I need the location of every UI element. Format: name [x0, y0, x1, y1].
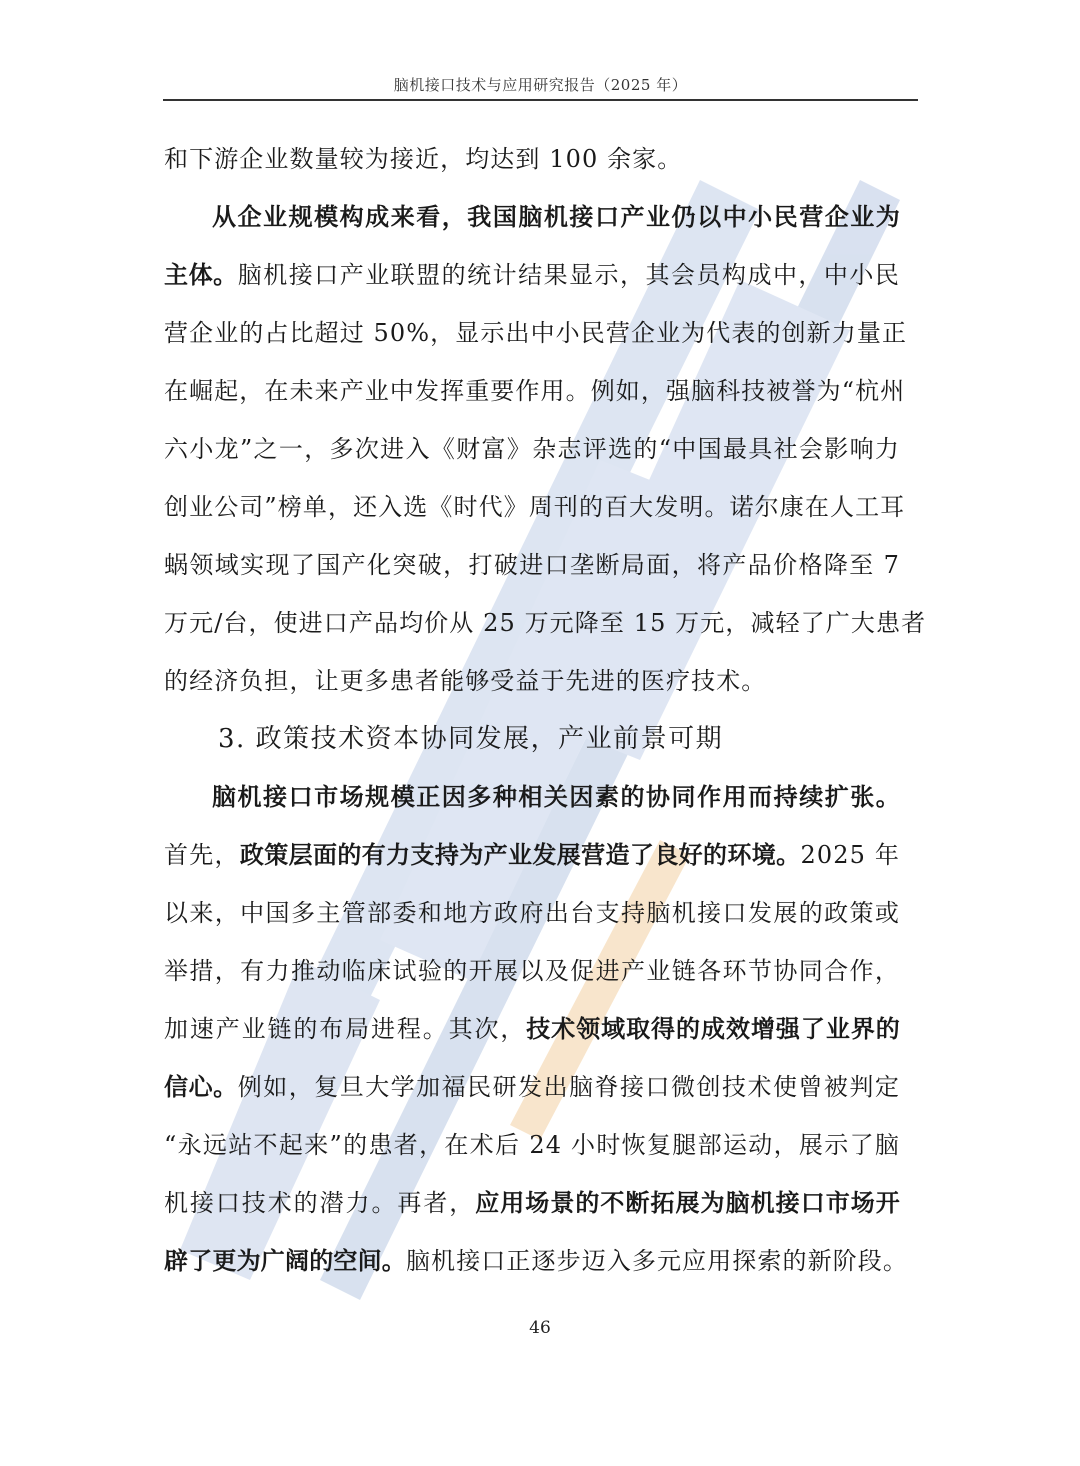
paragraph-line: “永远站不起来”的患者，在术后 24 小时恢复腿部运动，展示了脑 — [164, 1120, 900, 1178]
paragraph-line: 辟了更为广阔的空间。脑机接口正逐步迈入多元应用探索的新阶段。 — [164, 1236, 900, 1294]
section-heading: 3. 政策技术资本协同发展，产业前景可期 — [164, 714, 900, 772]
paragraph-line: 以来，中国多主管部委和地方政府出台支持脑机接口发展的政策或 — [164, 888, 900, 946]
bold-text-segment: 应用场景的不断拓展为脑机接口市场开 — [475, 1189, 900, 1217]
text-segment: 脑机接口正逐步迈入多元应用探索的新阶段。 — [406, 1247, 908, 1275]
body-text: 和下游企业数量较为接近，均达到 100 余家。 从企业规模构成来看，我国脑机接口… — [164, 134, 900, 1294]
text-segment: 六小龙”之一，多次进入《财富》杂志评选的“中国最具社会影响力 — [164, 435, 900, 463]
text-segment: 营企业的占比超过 50%，显示出中小民营企业为代表的创新力量正 — [164, 319, 907, 347]
text-segment: 脑机接口产业联盟的统计结果显示，其会员构成中，中小民 — [238, 261, 900, 289]
paragraph-line: 营企业的占比超过 50%，显示出中小民营企业为代表的创新力量正 — [164, 308, 900, 366]
paragraph-line: 六小龙”之一，多次进入《财富》杂志评选的“中国最具社会影响力 — [164, 424, 900, 482]
bold-text-segment: 信心。 — [164, 1073, 238, 1101]
paragraph-line: 主体。脑机接口产业联盟的统计结果显示，其会员构成中，中小民 — [164, 250, 900, 308]
page-number: 46 — [0, 1318, 1080, 1338]
paragraph-line: 万元/台，使进口产品均价从 25 万元降至 15 万元，减轻了广大患者 — [164, 598, 900, 656]
bold-text-segment: 辟了更为广阔的空间。 — [164, 1247, 406, 1275]
paragraph-line: 举措，有力推动临床试验的开展以及促进产业链各环节协同合作， — [164, 946, 900, 1004]
bold-text-segment: 技术领域取得的成效增强了业界的 — [526, 1015, 900, 1043]
paragraph-line: 机接口技术的潜力。再者，应用场景的不断拓展为脑机接口市场开 — [164, 1178, 900, 1236]
text-segment: 举措，有力推动临床试验的开展以及促进产业链各环节协同合作， — [164, 957, 900, 985]
text-segment: 蜗领域实现了国产化突破，打破进口垄断局面，将产品价格降至 7 — [164, 551, 900, 579]
text-segment: 例如，复旦大学加福民研发出脑脊接口微创技术使曾被判定 — [238, 1073, 900, 1101]
paragraph-line: 蜗领域实现了国产化突破，打破进口垄断局面，将产品价格降至 7 — [164, 540, 900, 598]
paragraph-line: 和下游企业数量较为接近，均达到 100 余家。 — [164, 134, 900, 192]
text-segment: 创业公司”榜单，还入选《时代》周刊的百大发明。诺尔康在人工耳 — [164, 493, 905, 521]
text-segment: 和下游企业数量较为接近，均达到 100 余家。 — [164, 145, 682, 173]
paragraph-line: 首先，政策层面的有力支持为产业发展营造了良好的环境。2025 年 — [164, 830, 900, 888]
text-segment: 2025 年 — [801, 841, 900, 869]
text-segment: 首先， — [164, 841, 240, 869]
text-segment: “永远站不起来”的患者，在术后 24 小时恢复腿部运动，展示了脑 — [164, 1131, 900, 1159]
bold-text-segment: 政策层面的有力支持为产业发展营造了良好的环境。 — [240, 841, 801, 869]
text-segment: 以来，中国多主管部委和地方政府出台支持脑机接口发展的政策或 — [164, 899, 900, 927]
text-segment: 加速产业链的布局进程。其次， — [164, 1015, 526, 1043]
text-segment: 的经济负担，让更多患者能够受益于先进的医疗技术。 — [164, 667, 766, 695]
paragraph-line: 在崛起，在未来产业中发挥重要作用。例如，强脑科技被誉为“杭州 — [164, 366, 900, 424]
bold-text-segment: 从企业规模构成来看，我国脑机接口产业仍以中小民营企业为 — [212, 203, 900, 231]
running-header: 脑机接口技术与应用研究报告（2025 年） — [163, 74, 918, 95]
bold-text-segment: 主体。 — [164, 261, 238, 289]
paragraph-line: 的经济负担，让更多患者能够受益于先进的医疗技术。 — [164, 656, 900, 714]
bold-text-segment: 脑机接口市场规模正因多种相关因素的协同作用而持续扩张。 — [212, 783, 900, 811]
text-segment: 万元/台，使进口产品均价从 25 万元降至 15 万元，减轻了广大患者 — [164, 609, 926, 637]
text-segment: 机接口技术的潜力。再者， — [164, 1189, 475, 1217]
paragraph-line: 从企业规模构成来看，我国脑机接口产业仍以中小民营企业为 — [164, 192, 900, 250]
text-segment: 在崛起，在未来产业中发挥重要作用。例如，强脑科技被誉为“杭州 — [164, 377, 905, 405]
header-divider — [163, 99, 918, 101]
paragraph-line: 加速产业链的布局进程。其次，技术领域取得的成效增强了业界的 — [164, 1004, 900, 1062]
paragraph-line: 创业公司”榜单，还入选《时代》周刊的百大发明。诺尔康在人工耳 — [164, 482, 900, 540]
paragraph-line: 信心。例如，复旦大学加福民研发出脑脊接口微创技术使曾被判定 — [164, 1062, 900, 1120]
paragraph-line: 脑机接口市场规模正因多种相关因素的协同作用而持续扩张。 — [164, 772, 900, 830]
